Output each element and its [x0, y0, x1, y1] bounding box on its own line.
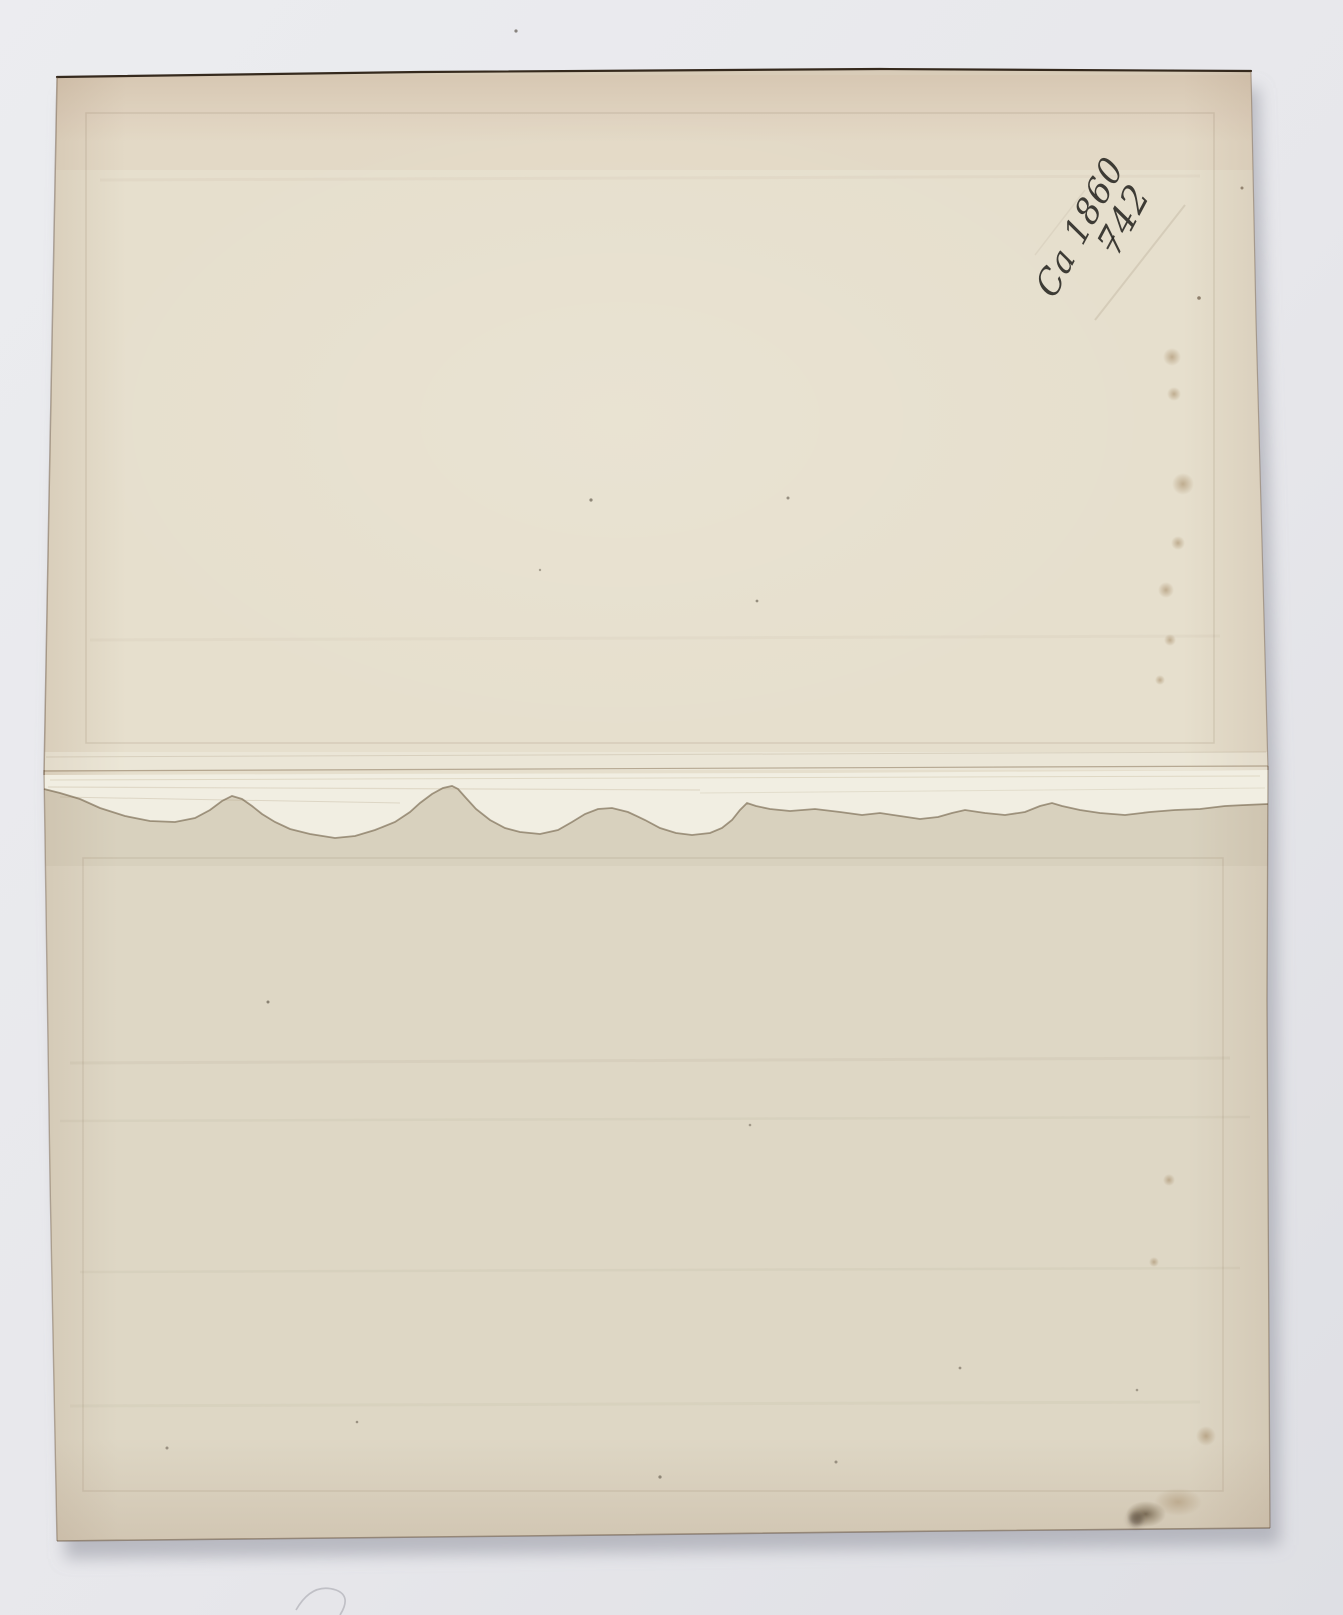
- foxing-spot: [1196, 1426, 1216, 1446]
- foxing-spot: [1164, 634, 1176, 646]
- speck: [267, 1001, 270, 1004]
- speck: [749, 1124, 752, 1127]
- paper-lower-half: [44, 766, 1270, 1541]
- speck: [356, 1421, 359, 1424]
- speck: [787, 497, 790, 500]
- speck: [1136, 1389, 1139, 1392]
- paper-sheen: [60, 90, 1180, 750]
- foxing-spot: [1171, 536, 1185, 550]
- speck: [959, 1367, 962, 1370]
- photograph-stage: Ca 1860 742: [0, 0, 1343, 1615]
- speck: [589, 498, 592, 501]
- speck: [835, 1461, 838, 1464]
- foxing-spot: [1172, 473, 1194, 495]
- foxing-spot: [1155, 675, 1165, 685]
- speck: [166, 1447, 169, 1450]
- speck: [514, 29, 517, 32]
- foxing-spot: [1167, 387, 1181, 401]
- speck: [658, 1475, 661, 1478]
- foxing-spot: [1163, 348, 1181, 366]
- foxing-spot: [1149, 1257, 1159, 1267]
- foxing-spot: [1158, 582, 1174, 598]
- photo-of-folded-card-verso: Ca 1860 742: [0, 0, 1343, 1615]
- speck: [756, 600, 759, 603]
- speck: [1197, 296, 1201, 300]
- speck: [1241, 187, 1244, 190]
- stain-core: [1129, 1512, 1143, 1526]
- speck: [539, 569, 541, 571]
- foxing-spot: [1163, 1174, 1175, 1186]
